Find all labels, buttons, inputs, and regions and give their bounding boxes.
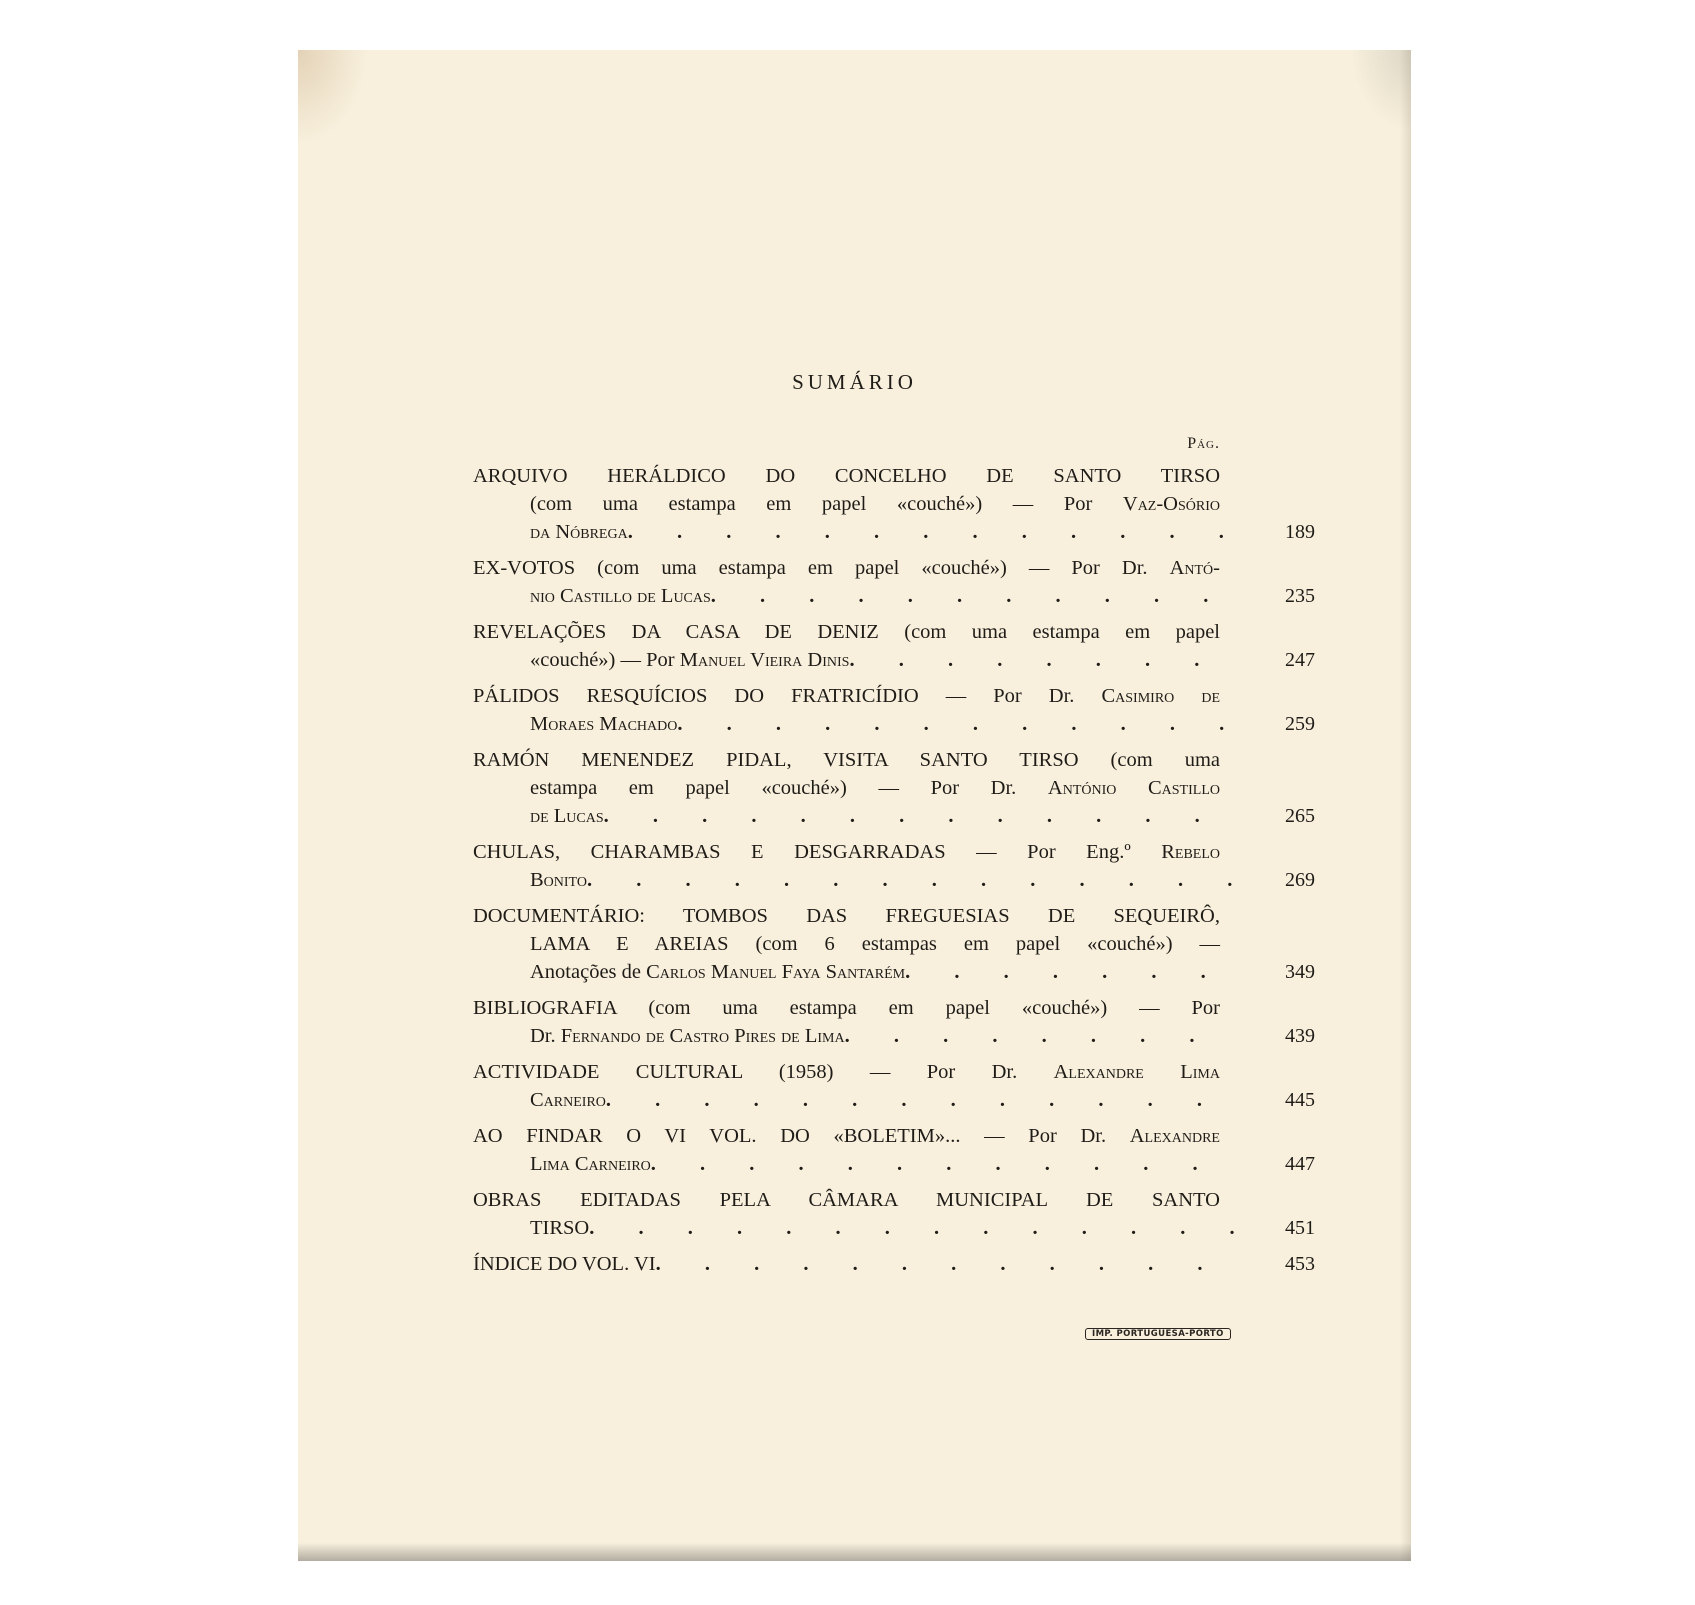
document-page: SUMÁRIO Pág. ARQUIVO HERÁLDICO DO CONCEL…	[298, 50, 1411, 1561]
toc-entry-line: estampa em papel «couché») — Por Dr. Ant…	[473, 774, 1220, 802]
page-number: 445	[1255, 1086, 1315, 1114]
toc-entry-text: REVELAÇÕES DA CASA DE DENIZ (com uma est…	[473, 618, 1220, 646]
page-number: 259	[1255, 710, 1315, 738]
leader-dots: . . . . . . . . . . . . . . . . . . . . …	[651, 1150, 1239, 1178]
author-name: Alexandre Lima	[1054, 1061, 1220, 1083]
toc-entry-text: Lima Carneiro	[530, 1150, 651, 1178]
leader-dots: . . . . . . . . . . . . . . . . . . . . …	[905, 958, 1239, 986]
leader-dots: . . . . . . . . . . . . . . . . . . . . …	[606, 1086, 1239, 1114]
author-name: Carneiro	[530, 1089, 606, 1111]
page-number: 439	[1255, 1022, 1315, 1050]
toc-entry-line: PÁLIDOS RESQUÍCIOS DO FRATRICÍDIO — Por …	[473, 682, 1220, 710]
toc-entry-text: ÍNDICE DO VOL. VI	[473, 1250, 656, 1278]
leader-dots: . . . . . . . . . . . . . . . . . . . . …	[628, 518, 1239, 546]
toc-entry-text: Moraes Machado	[530, 710, 677, 738]
printer-imprint: IMP. PORTUGUESA-PORTO	[1085, 1328, 1231, 1340]
toc-entry-text: ACTIVIDADE CULTURAL (1958) — Por Dr. Ale…	[473, 1058, 1220, 1086]
toc-entry-line: DOCUMENTÁRIO: TOMBOS DAS FREGUESIAS DE S…	[473, 902, 1220, 930]
author-name: Moraes Machado	[530, 713, 677, 735]
author-name: Antó-	[1170, 557, 1220, 579]
author-name: nio Castillo de Lucas	[530, 585, 711, 607]
toc-entry-text: Dr. Fernando de Castro Pires de Lima	[530, 1022, 845, 1050]
toc-entry-line: AO FINDAR O VI VOL. DO «BOLETIM»... — Po…	[473, 1122, 1220, 1150]
toc-entry-text: estampa em papel «couché») — Por Dr. Ant…	[530, 774, 1220, 802]
author-name: Rebelo	[1161, 841, 1220, 863]
page-number: 447	[1255, 1150, 1315, 1178]
author-name: da Nóbrega	[530, 521, 628, 543]
toc-entry-text: TIRSO	[530, 1214, 589, 1242]
author-name: Lima Carneiro	[530, 1153, 651, 1175]
toc-entry-text: «couché») — Por Manuel Vieira Dinis	[530, 646, 849, 674]
author-name: Alexandre	[1130, 1125, 1220, 1147]
toc-entry: DOCUMENTÁRIO: TOMBOS DAS FREGUESIAS DE S…	[473, 902, 1220, 986]
toc-entry-line: CHULAS, CHARAMBAS E DESGARRADAS — Por En…	[473, 838, 1220, 866]
toc-entry-text: PÁLIDOS RESQUÍCIOS DO FRATRICÍDIO — Por …	[473, 682, 1220, 710]
toc-entry-line: OBRAS EDITADAS PELA CÂMARA MUNICIPAL DE …	[473, 1186, 1220, 1214]
toc-entry-text: DOCUMENTÁRIO: TOMBOS DAS FREGUESIAS DE S…	[473, 902, 1220, 930]
toc-entry-line: RAMÓN MENENDEZ PIDAL, VISITA SANTO TIRSO…	[473, 746, 1220, 774]
author-name: Bonito	[530, 869, 587, 891]
toc-entry: ARQUIVO HERÁLDICO DO CONCELHO DE SANTO T…	[473, 462, 1220, 546]
toc-entry-line: de Lucas. . . . . . . . . . . . . . . . …	[473, 802, 1220, 830]
author-name: Manuel Vieira Dinis	[680, 649, 850, 671]
toc-entry-line: Carneiro. . . . . . . . . . . . . . . . …	[473, 1086, 1220, 1114]
toc-entry: REVELAÇÕES DA CASA DE DENIZ (com uma est…	[473, 618, 1220, 674]
toc-entry-line: Lima Carneiro. . . . . . . . . . . . . .…	[473, 1150, 1220, 1178]
author-name: Fernando de Castro Pires de Lima	[561, 1025, 845, 1047]
toc-entry-line: BIBLIOGRAFIA (com uma estampa em papel «…	[473, 994, 1220, 1022]
toc-entry-text: de Lucas	[530, 802, 604, 830]
author-name: Casimiro de	[1101, 685, 1220, 707]
table-of-contents: ARQUIVO HERÁLDICO DO CONCELHO DE SANTO T…	[473, 462, 1220, 1286]
toc-entry-text: CHULAS, CHARAMBAS E DESGARRADAS — Por En…	[473, 838, 1220, 866]
page-number: 247	[1255, 646, 1315, 674]
toc-entry-line: Dr. Fernando de Castro Pires de Lima. . …	[473, 1022, 1220, 1050]
leader-dots: . . . . . . . . . . . . . . . . . . . . …	[587, 866, 1239, 894]
toc-entry-text: BIBLIOGRAFIA (com uma estampa em papel «…	[473, 994, 1220, 1022]
toc-entry-text: Anotações de Carlos Manuel Faya Santarém	[530, 958, 905, 986]
leader-dots: . . . . . . . . . . . . . . . . . . . . …	[589, 1214, 1239, 1242]
toc-entry-text: da Nóbrega	[530, 518, 628, 546]
toc-entry: PÁLIDOS RESQUÍCIOS DO FRATRICÍDIO — Por …	[473, 682, 1220, 738]
toc-entry: EX-VOTOS (com uma estampa em papel «couc…	[473, 554, 1220, 610]
toc-entry-line: da Nóbrega. . . . . . . . . . . . . . . …	[473, 518, 1220, 546]
toc-entry: ÍNDICE DO VOL. VI. . . . . . . . . . . .…	[473, 1250, 1220, 1278]
toc-entry-line: (com uma estampa em papel «couché») — Po…	[473, 490, 1220, 518]
toc-entry-line: Moraes Machado. . . . . . . . . . . . . …	[473, 710, 1220, 738]
toc-entry-text: OBRAS EDITADAS PELA CÂMARA MUNICIPAL DE …	[473, 1186, 1220, 1214]
page-number: 349	[1255, 958, 1315, 986]
toc-entry-text: RAMÓN MENENDEZ PIDAL, VISITA SANTO TIRSO…	[473, 746, 1220, 774]
page-number: 451	[1255, 1214, 1315, 1242]
toc-entry-text: (com uma estampa em papel «couché») — Po…	[530, 490, 1220, 518]
page-number: 189	[1255, 518, 1315, 546]
toc-entry-line: REVELAÇÕES DA CASA DE DENIZ (com uma est…	[473, 618, 1220, 646]
author-name: Vaz-Osório	[1123, 493, 1220, 515]
leader-dots: . . . . . . . . . . . . . . . . . . . . …	[711, 582, 1239, 610]
page-number: 269	[1255, 866, 1315, 894]
toc-entry: OBRAS EDITADAS PELA CÂMARA MUNICIPAL DE …	[473, 1186, 1220, 1242]
toc-entry: CHULAS, CHARAMBAS E DESGARRADAS — Por En…	[473, 838, 1220, 894]
leader-dots: . . . . . . . . . . . . . . . . . . . . …	[849, 646, 1239, 674]
page-title: SUMÁRIO	[298, 370, 1411, 395]
toc-entry-line: ARQUIVO HERÁLDICO DO CONCELHO DE SANTO T…	[473, 462, 1220, 490]
author-name: de Lucas	[530, 805, 604, 827]
toc-entry-text: EX-VOTOS (com uma estampa em papel «couc…	[473, 554, 1220, 582]
leader-dots: . . . . . . . . . . . . . . . . . . . . …	[656, 1250, 1239, 1278]
page-column-label: Pág.	[1187, 435, 1220, 453]
leader-dots: . . . . . . . . . . . . . . . . . . . . …	[845, 1022, 1239, 1050]
leader-dots: . . . . . . . . . . . . . . . . . . . . …	[604, 802, 1239, 830]
toc-entry-line: Anotações de Carlos Manuel Faya Santarém…	[473, 958, 1220, 986]
toc-entry-line: ÍNDICE DO VOL. VI. . . . . . . . . . . .…	[473, 1250, 1220, 1278]
toc-entry-line: EX-VOTOS (com uma estampa em papel «couc…	[473, 554, 1220, 582]
toc-entry-line: «couché») — Por Manuel Vieira Dinis. . .…	[473, 646, 1220, 674]
page-number: 453	[1255, 1250, 1315, 1278]
toc-entry-text: ARQUIVO HERÁLDICO DO CONCELHO DE SANTO T…	[473, 462, 1220, 490]
toc-entry: RAMÓN MENENDEZ PIDAL, VISITA SANTO TIRSO…	[473, 746, 1220, 830]
toc-entry-text: Carneiro	[530, 1086, 606, 1114]
toc-entry-line: ACTIVIDADE CULTURAL (1958) — Por Dr. Ale…	[473, 1058, 1220, 1086]
toc-entry: BIBLIOGRAFIA (com uma estampa em papel «…	[473, 994, 1220, 1050]
page-number: 235	[1255, 582, 1315, 610]
toc-entry-text: LAMA E AREIAS (com 6 estampas em papel «…	[530, 930, 1220, 958]
toc-entry: ACTIVIDADE CULTURAL (1958) — Por Dr. Ale…	[473, 1058, 1220, 1114]
toc-entry-line: LAMA E AREIAS (com 6 estampas em papel «…	[473, 930, 1220, 958]
toc-entry-text: Bonito	[530, 866, 587, 894]
author-name: Carlos Manuel Faya Santarém	[646, 961, 905, 983]
toc-entry: AO FINDAR O VI VOL. DO «BOLETIM»... — Po…	[473, 1122, 1220, 1178]
toc-entry-text: AO FINDAR O VI VOL. DO «BOLETIM»... — Po…	[473, 1122, 1220, 1150]
toc-entry-text: nio Castillo de Lucas	[530, 582, 711, 610]
page-number: 265	[1255, 802, 1315, 830]
toc-entry-line: Bonito. . . . . . . . . . . . . . . . . …	[473, 866, 1220, 894]
toc-entry-line: TIRSO. . . . . . . . . . . . . . . . . .…	[473, 1214, 1220, 1242]
author-name: António Castillo	[1048, 777, 1220, 799]
toc-entry-line: nio Castillo de Lucas. . . . . . . . . .…	[473, 582, 1220, 610]
leader-dots: . . . . . . . . . . . . . . . . . . . . …	[677, 710, 1239, 738]
